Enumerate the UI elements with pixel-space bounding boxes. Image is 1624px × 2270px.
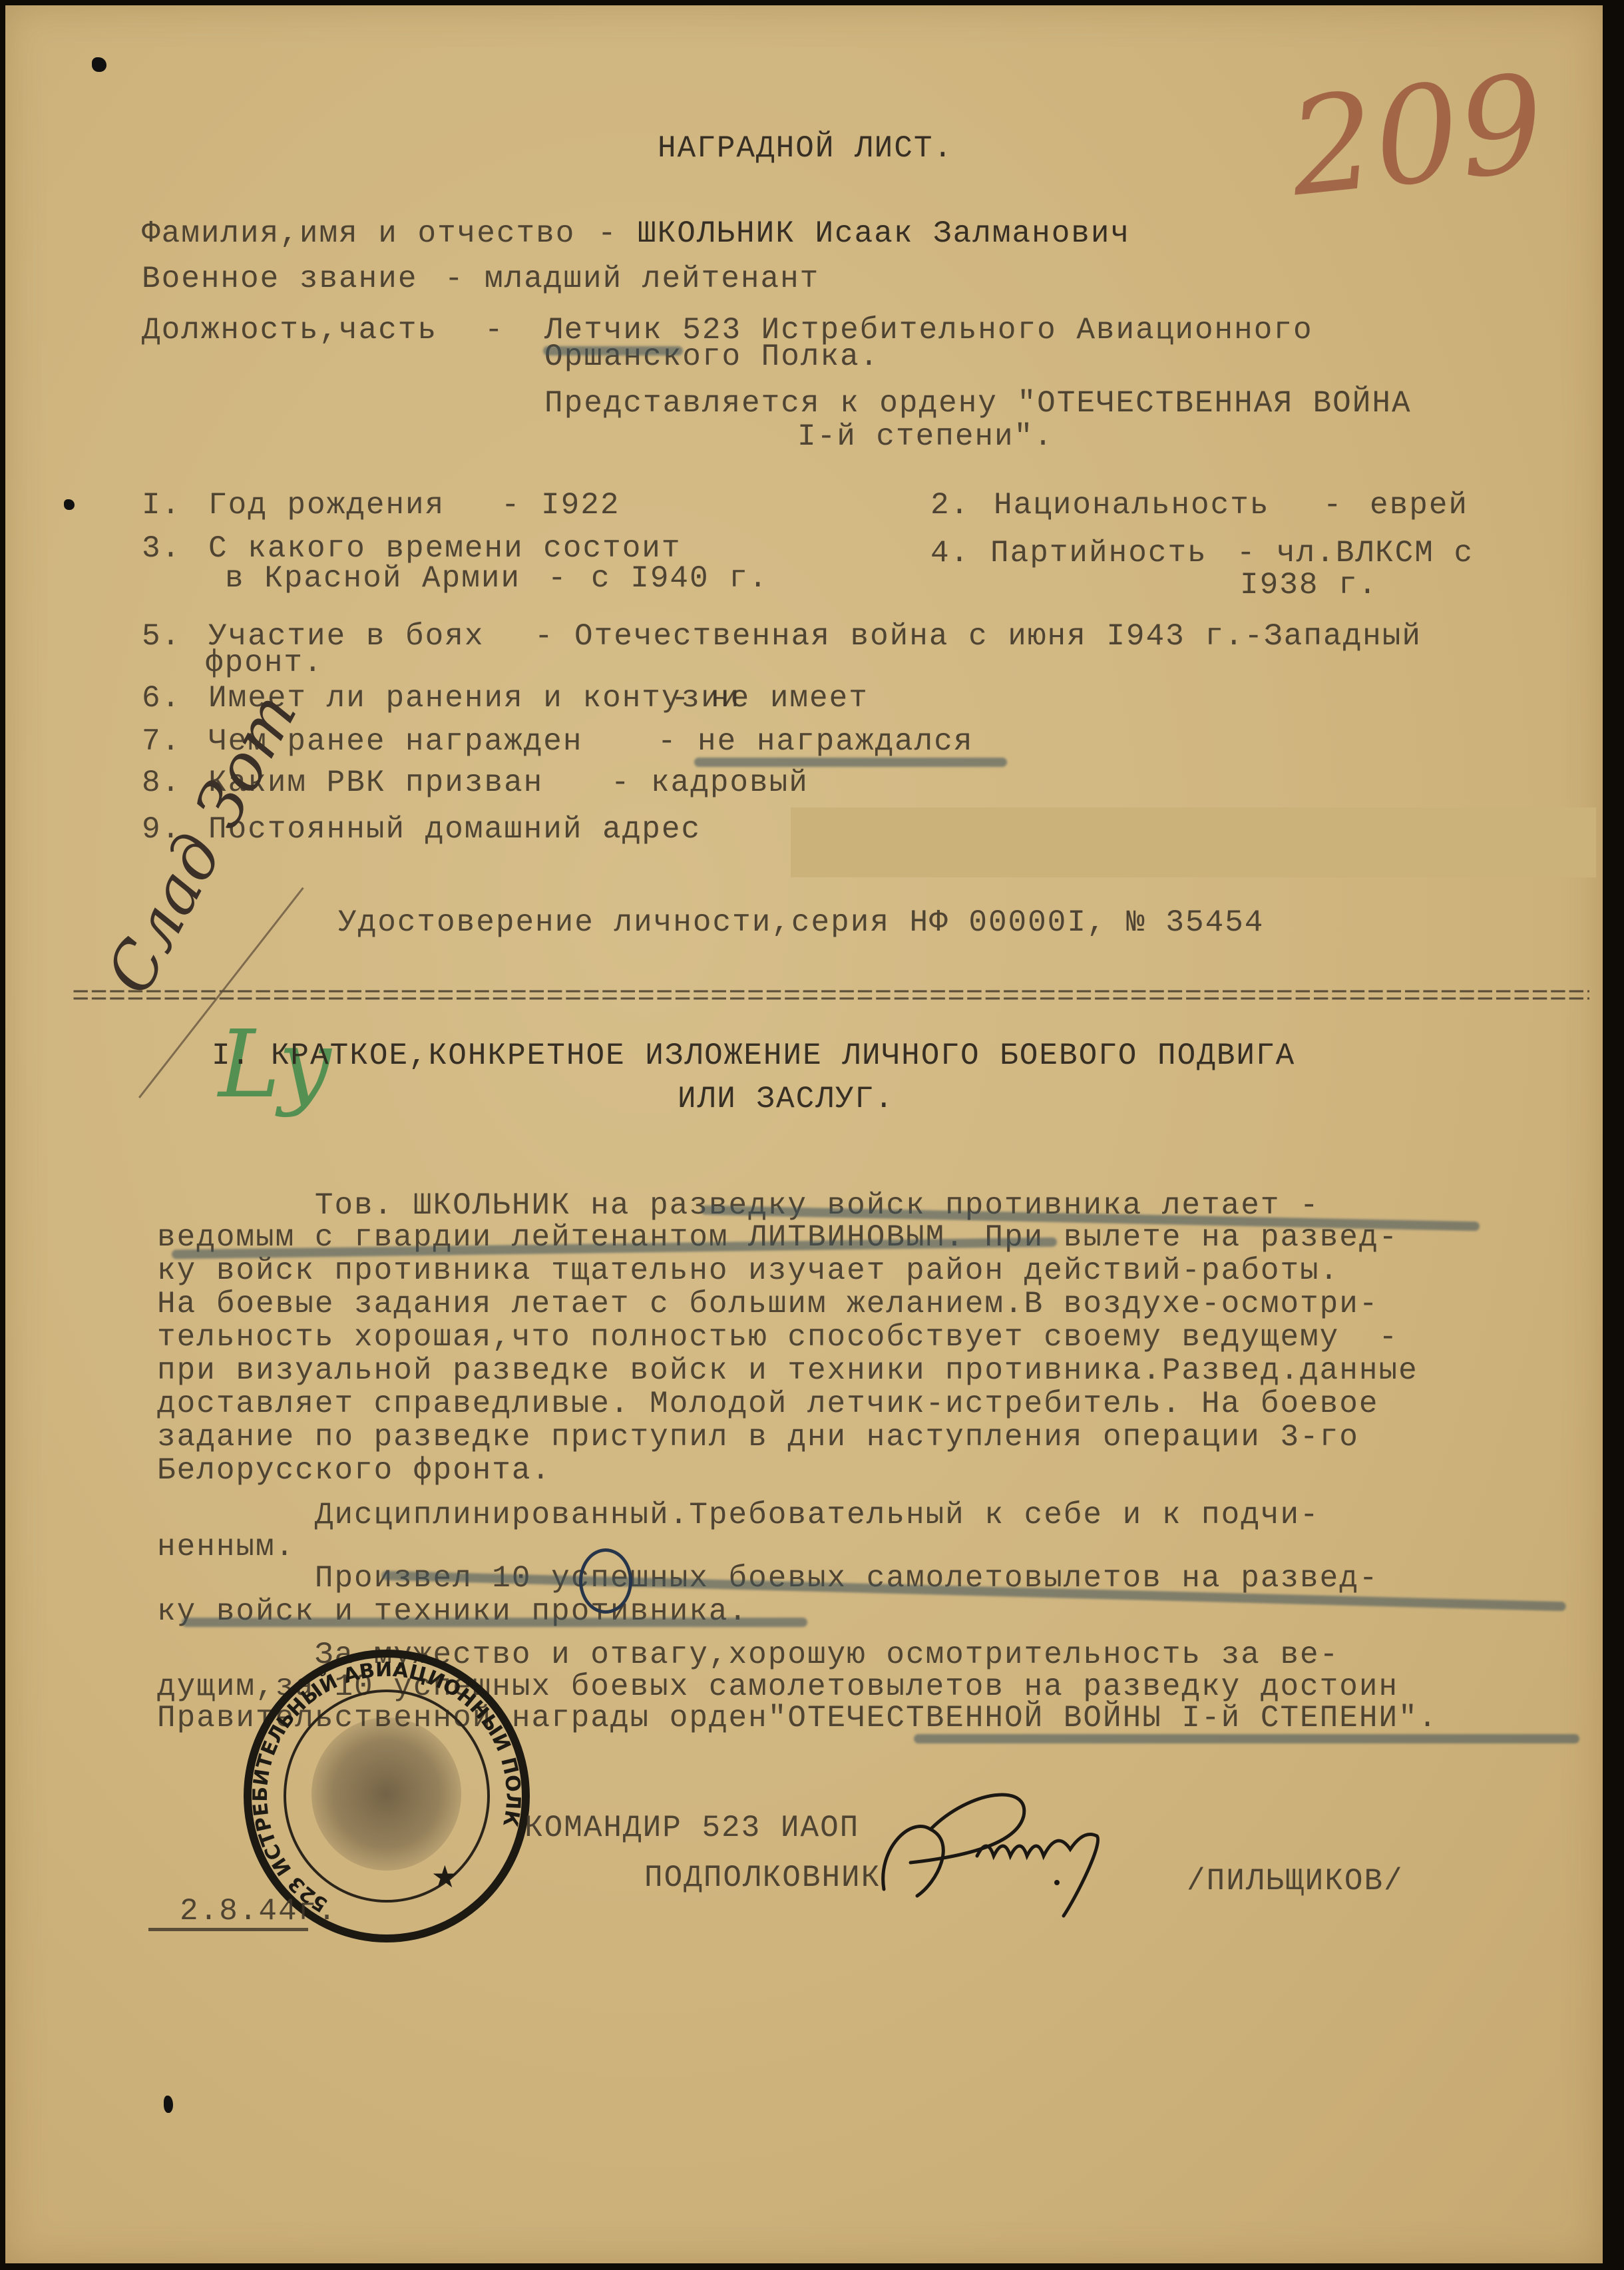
field-number: I. bbox=[142, 490, 181, 521]
field-label: Партийность bbox=[990, 538, 1207, 568]
field-value: с I940 г. bbox=[591, 563, 768, 594]
field-number: 3. bbox=[142, 533, 181, 564]
field-value: еврей bbox=[1370, 490, 1468, 521]
body-line: доставляет справедливые. Молодой летчик-… bbox=[157, 1389, 1378, 1419]
field-value: не награждался bbox=[698, 726, 973, 757]
field-value: фронт. bbox=[205, 648, 323, 678]
commander-name: /ПИЛЬЩИКОВ/ bbox=[1187, 1866, 1404, 1897]
body-line: тельность хорошая,что полностью способст… bbox=[157, 1322, 1398, 1353]
full-name-label: Фамилия,имя и отчество bbox=[142, 218, 575, 249]
redacted-address bbox=[791, 807, 1596, 877]
dash: - bbox=[548, 563, 568, 594]
dash: - bbox=[598, 218, 618, 249]
dash: - bbox=[611, 768, 631, 798]
id-card-line: Удостоверение личности,серия НФ 00000I, … bbox=[338, 907, 1264, 938]
body-line: Белорусского фронта. bbox=[157, 1455, 551, 1486]
stamp-ring-text-svg: 523 ИСТРЕБИТЕЛЬНЫЙ АВИАЦИОННЫЙ ПОЛК bbox=[252, 1658, 522, 1934]
body-line: при визуальной разведке войск и техники … bbox=[157, 1355, 1418, 1386]
field-number: 8. bbox=[142, 768, 181, 798]
separator-double-dash: ========================================… bbox=[72, 981, 1589, 1014]
commander-signature bbox=[857, 1776, 1217, 1923]
field-number: 4. bbox=[930, 538, 970, 568]
commander-title: КОМАНДИР 523 ИАОП bbox=[524, 1813, 859, 1843]
dash: - bbox=[1237, 538, 1257, 568]
nomination-line1: Представляется к ордену "ОТЕЧЕСТВЕННАЯ В… bbox=[544, 388, 1412, 419]
dash: - bbox=[671, 683, 691, 714]
dash: - bbox=[1323, 490, 1343, 521]
dash: - bbox=[658, 726, 678, 757]
field-number: 6. bbox=[142, 683, 181, 714]
rank-value: младший лейтенант bbox=[485, 264, 819, 294]
field-value: Отечественная война с июня I943 г.-Запад… bbox=[574, 621, 1422, 652]
field-value: I938 г. bbox=[1240, 570, 1378, 600]
position-label: Должность,часть bbox=[142, 315, 437, 345]
body-line: Дисциплинированный.Требовательный к себе… bbox=[157, 1500, 1320, 1530]
dash: - bbox=[445, 264, 465, 294]
nomination-line2: I-й степени". bbox=[797, 421, 1054, 452]
field-label: Постоянный домашний адрес bbox=[208, 814, 701, 845]
section-heading-line2: ИЛИ ЗАСЛУГ. bbox=[678, 1084, 895, 1114]
award-sheet-page: 209 НАГРАДНОЙ ЛИСТ. Фамилия,имя и отчест… bbox=[5, 5, 1603, 2263]
field-value: кадровый bbox=[651, 768, 809, 798]
field-number: 7. bbox=[142, 726, 181, 757]
field-number: 2. bbox=[930, 490, 970, 521]
field-value: не имеет bbox=[711, 683, 869, 714]
archive-number-handwritten: 209 bbox=[1283, 46, 1551, 227]
body-line: ненным. bbox=[157, 1532, 295, 1562]
pencil-underline bbox=[543, 346, 683, 355]
body-line: ку войск противника тщательно изучает ра… bbox=[157, 1255, 1339, 1286]
date-underline bbox=[148, 1928, 308, 1931]
dash: - bbox=[534, 621, 554, 652]
full-name-value: ШКОЛЬНИК Исаак Залманович bbox=[638, 218, 1130, 249]
document-title: НАГРАДНОЙ ЛИСТ. bbox=[658, 133, 953, 164]
field-label: Год рождения bbox=[208, 490, 445, 521]
section-heading-line1: I. КРАТКОЕ,КОНКРЕТНОЕ ИЗЛОЖЕНИЕ ЛИЧНОГО … bbox=[212, 1040, 1295, 1071]
circled-sortie-count bbox=[579, 1548, 632, 1614]
svg-text:523 ИСТРЕБИТЕЛЬНЫЙ АВИАЦИОННЫЙ: 523 ИСТРЕБИТЕЛЬНЫЙ АВИАЦИОННЫЙ ПОЛК bbox=[252, 1658, 522, 1917]
field-label: в Красной Армии bbox=[225, 563, 520, 594]
field-value: I922 bbox=[541, 490, 620, 521]
commander-rank: ПОДПОЛКОВНИК bbox=[644, 1863, 881, 1893]
pencil-underline bbox=[914, 1734, 1579, 1743]
body-line: На боевые задания летает с большим желан… bbox=[157, 1289, 1378, 1319]
field-label: С какого времени состоит bbox=[208, 533, 682, 564]
rank-label: Военное звание bbox=[142, 264, 417, 294]
field-label: Национальность bbox=[994, 490, 1269, 521]
dash: - bbox=[485, 315, 505, 345]
star-icon: ★ bbox=[431, 1859, 459, 1895]
signature-date: 2.8.44г. bbox=[180, 1896, 337, 1927]
punch-hole-middle bbox=[64, 499, 75, 510]
punch-hole-top bbox=[92, 57, 106, 72]
field-value: чл.ВЛКСМ с bbox=[1277, 538, 1474, 568]
dash: - bbox=[501, 490, 521, 521]
punch-hole-bottom bbox=[164, 2096, 173, 2113]
field-number: 5. bbox=[142, 621, 181, 652]
body-line: задание по разведке приступил в дни наст… bbox=[157, 1422, 1359, 1453]
